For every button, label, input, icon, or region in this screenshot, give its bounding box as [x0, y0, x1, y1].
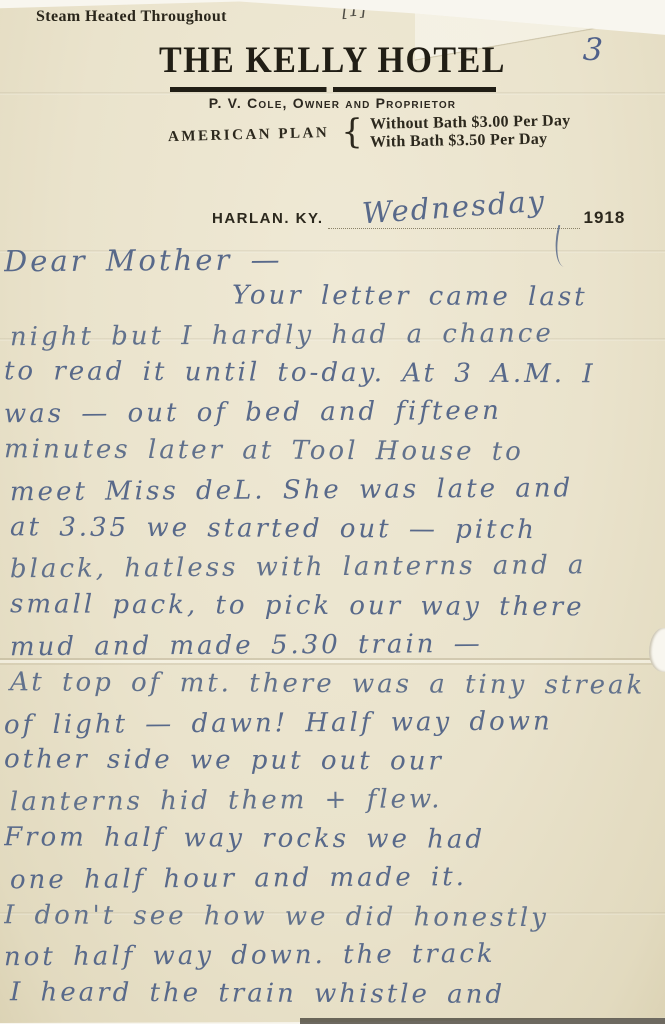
letterhead-tagline: Steam Heated Throughout — [36, 8, 227, 26]
year-label: 1918 — [584, 208, 626, 229]
handwritten-line: Your letter came last — [4, 279, 665, 321]
rate-list: Without Bath $3.00 Per Day With Bath $3.… — [370, 114, 571, 150]
handwritten-line: I heard the train whistle and — [4, 977, 665, 1019]
place-label: HARLAN. KY. — [212, 210, 324, 229]
dateline: HARLAN. KY. Wednesday 1918 — [212, 206, 625, 229]
handwritten-line: I don't see how we did honestly — [4, 900, 665, 942]
handwritten-line: At top of mt. there was a tiny streak — [4, 667, 665, 709]
handwritten-line: at 3.35 we started out — pitch — [4, 512, 665, 554]
rate-plan-row: AMERICAN PLAN { Without Bath $3.00 Per D… — [168, 112, 570, 152]
handwritten-line: From half way rocks we had — [4, 822, 665, 864]
handwritten-line: mud and made 5.30 train — — [4, 628, 665, 671]
handwritten-line: was — out of bed and fifteen — [4, 395, 665, 438]
hotel-name-title: THE KELLY HOTEL — [0, 40, 665, 81]
scan-edge-shadow — [300, 1018, 665, 1024]
handwritten-line: small pack, to pick our way there — [4, 589, 665, 631]
title-underline-rule — [170, 87, 496, 92]
handwritten-line: lanterns hid them + flew. — [4, 783, 665, 826]
proprietor-line: P. V. Cole, Owner and Proprietor — [0, 95, 665, 111]
handwritten-line: of light — dawn! Half way down — [4, 705, 665, 748]
letter-body: Dear Mother —Your letter came lastnight … — [4, 242, 665, 1024]
brace-glyph: { — [341, 112, 363, 152]
handwritten-line: one half hour and made it. — [4, 860, 665, 903]
handwritten-line: minutes later at Tool House to — [4, 434, 665, 476]
handwritten-line: other side we put out our — [4, 745, 665, 787]
plan-label: AMERICAN PLAN — [168, 124, 330, 145]
handwritten-line: not half way down. the track — [4, 938, 665, 981]
handwritten-line: black, hatless with lanterns and a — [4, 550, 665, 593]
handwritten-line: Dear Mother — — [4, 242, 665, 283]
handwritten-line: to read it until to-day. At 3 A.M. I — [4, 357, 665, 399]
handwritten-line: night but I hardly had a chance — [4, 317, 665, 360]
handwritten-date: Wednesday — [361, 184, 547, 231]
rate-with-bath: With Bath $3.50 Per Day — [370, 130, 571, 151]
date-blank-line: Wednesday — [328, 206, 580, 229]
letter-paper: Steam Heated Throughout [1] 3 THE KELLY … — [0, 0, 665, 1024]
handwritten-line: meet Miss deL. She was late and — [4, 472, 665, 515]
archival-page-mark: [1] — [341, 0, 366, 22]
